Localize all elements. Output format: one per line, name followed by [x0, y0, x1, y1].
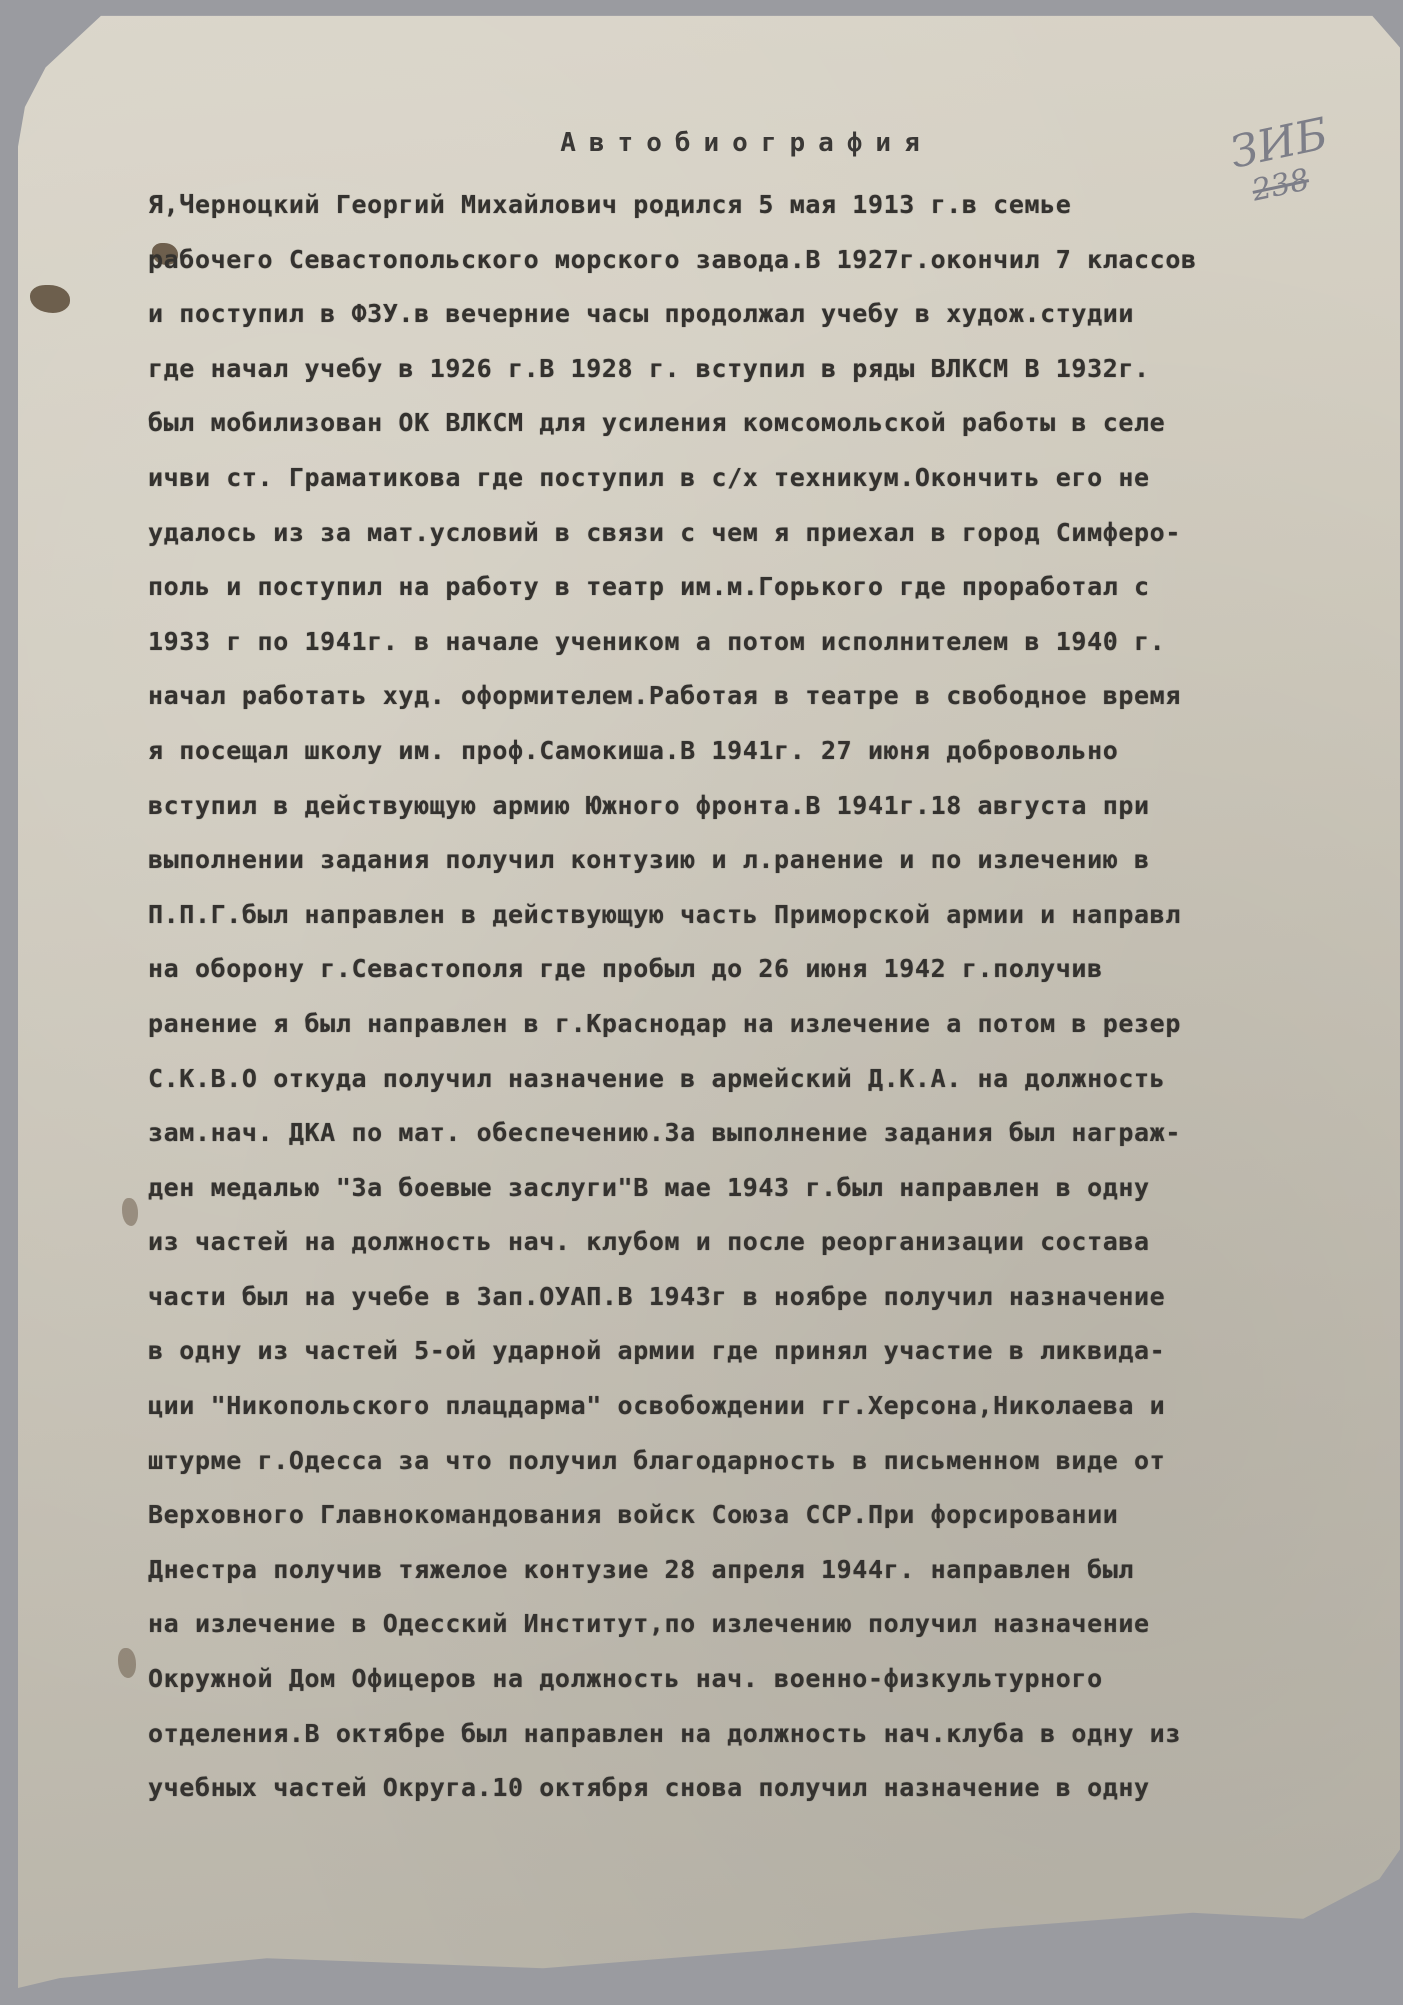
text-line: части был на учебе в Зап.ОУАП.В 1943г в … — [148, 1270, 1368, 1325]
document-title: Автобиография — [0, 128, 1403, 158]
punch-hole — [122, 1198, 138, 1226]
text-line: Верховного Главнокомандования войск Союз… — [148, 1488, 1368, 1543]
text-line: выполнении задания получил контузию и л.… — [148, 833, 1368, 888]
text-line: рабочего Севастопольского морского завод… — [148, 233, 1368, 288]
text-line: ранение я был направлен в г.Краснодар на… — [148, 997, 1368, 1052]
text-line: поль и поступил на работу в театр им.м.Г… — [148, 560, 1368, 615]
text-line: из частей на должность нач. клубом и пос… — [148, 1215, 1368, 1270]
text-line: на оборону г.Севастополя где пробыл до 2… — [148, 942, 1368, 997]
text-line: ичви ст. Граматикова где поступил в с/х … — [148, 451, 1368, 506]
text-line: начал работать худ. оформителем.Работая … — [148, 669, 1368, 724]
text-line: был мобилизован ОК ВЛКСМ для усиления ко… — [148, 396, 1368, 451]
text-line: и поступил в ФЗУ.в вечерние часы продолж… — [148, 287, 1368, 342]
text-line: ции "Никопольского плацдарма" освобожден… — [148, 1379, 1368, 1434]
text-line: С.К.В.О откуда получил назначение в арме… — [148, 1052, 1368, 1107]
text-line: штурме г.Одесса за что получил благодарн… — [148, 1434, 1368, 1489]
text-line: учебных частей Округа.10 октября снова п… — [148, 1761, 1368, 1816]
text-line: вступил в действующую армию Южного фронт… — [148, 779, 1368, 834]
punch-hole — [118, 1648, 136, 1678]
text-line: ден медалью "За боевые заслуги"В мае 194… — [148, 1161, 1368, 1216]
text-line: в одну из частей 5-ой ударной армии где … — [148, 1324, 1368, 1379]
text-line: 1933 г по 1941г. в начале учеником а пот… — [148, 615, 1368, 670]
text-line: Днестра получив тяжелое контузие 28 апре… — [148, 1543, 1368, 1598]
text-line: удалось из за мат.условий в связи с чем … — [148, 506, 1368, 561]
text-line: на излечение в Одесский Институт,по изле… — [148, 1597, 1368, 1652]
text-line: П.П.Г.был направлен в действующую часть … — [148, 888, 1368, 943]
body-text: Я,Черноцкий Георгий Михайлович родился 5… — [148, 178, 1368, 1816]
text-line: Я,Черноцкий Георгий Михайлович родился 5… — [148, 178, 1368, 233]
text-line: где начал учебу в 1926 г.В 1928 г. вступ… — [148, 342, 1368, 397]
text-line: Окружной Дом Офицеров на должность нач. … — [148, 1652, 1368, 1707]
text-line: я посещал школу им. проф.Самокиша.В 1941… — [148, 724, 1368, 779]
text-line: зам.нач. ДКА по мат. обеспечению.За выпо… — [148, 1106, 1368, 1161]
text-line: отделения.В октябре был направлен на дол… — [148, 1707, 1368, 1762]
